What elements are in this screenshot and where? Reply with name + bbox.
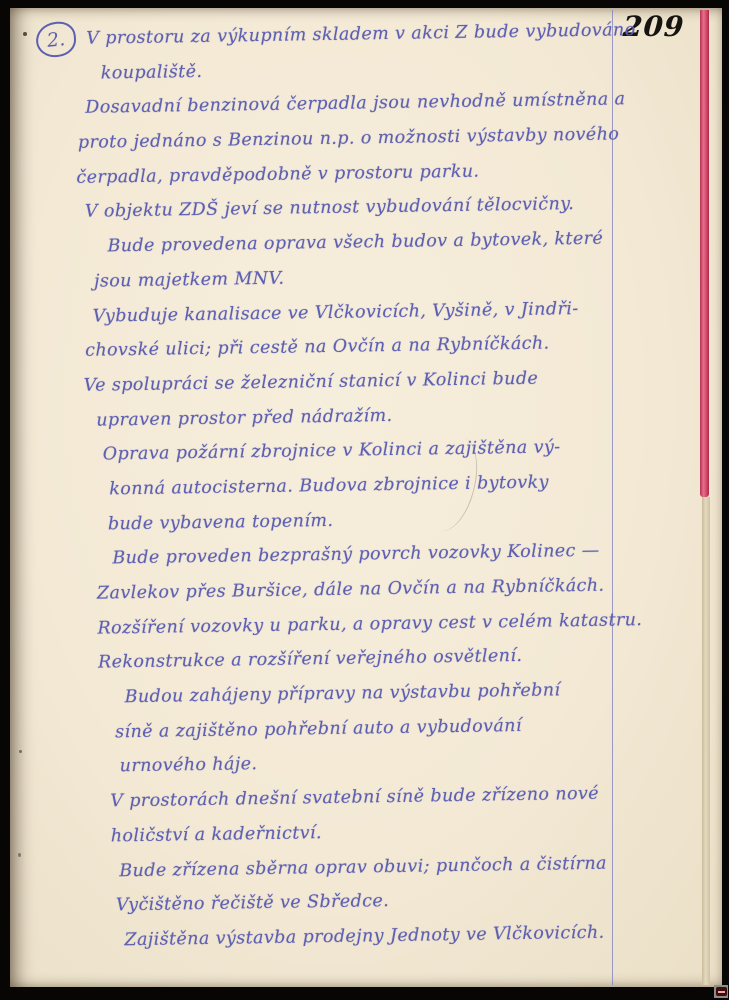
handwritten-line: Zajištěna výstavba prodejny Jednoty ve V… [124,915,642,958]
item-number-label: 2. [46,28,66,52]
scan-speck [23,32,27,36]
page-edge-strip [702,497,710,985]
handwritten-text-block: V prostoru za výkupním skladem v akci Z … [68,13,643,958]
scan-speck [18,853,21,857]
scanned-page: 209 2. V prostoru za výkupním skladem v … [10,8,722,987]
corner-watermark-icon [714,985,728,998]
scan-speck [19,750,22,753]
red-ribbon-edge [700,10,709,497]
